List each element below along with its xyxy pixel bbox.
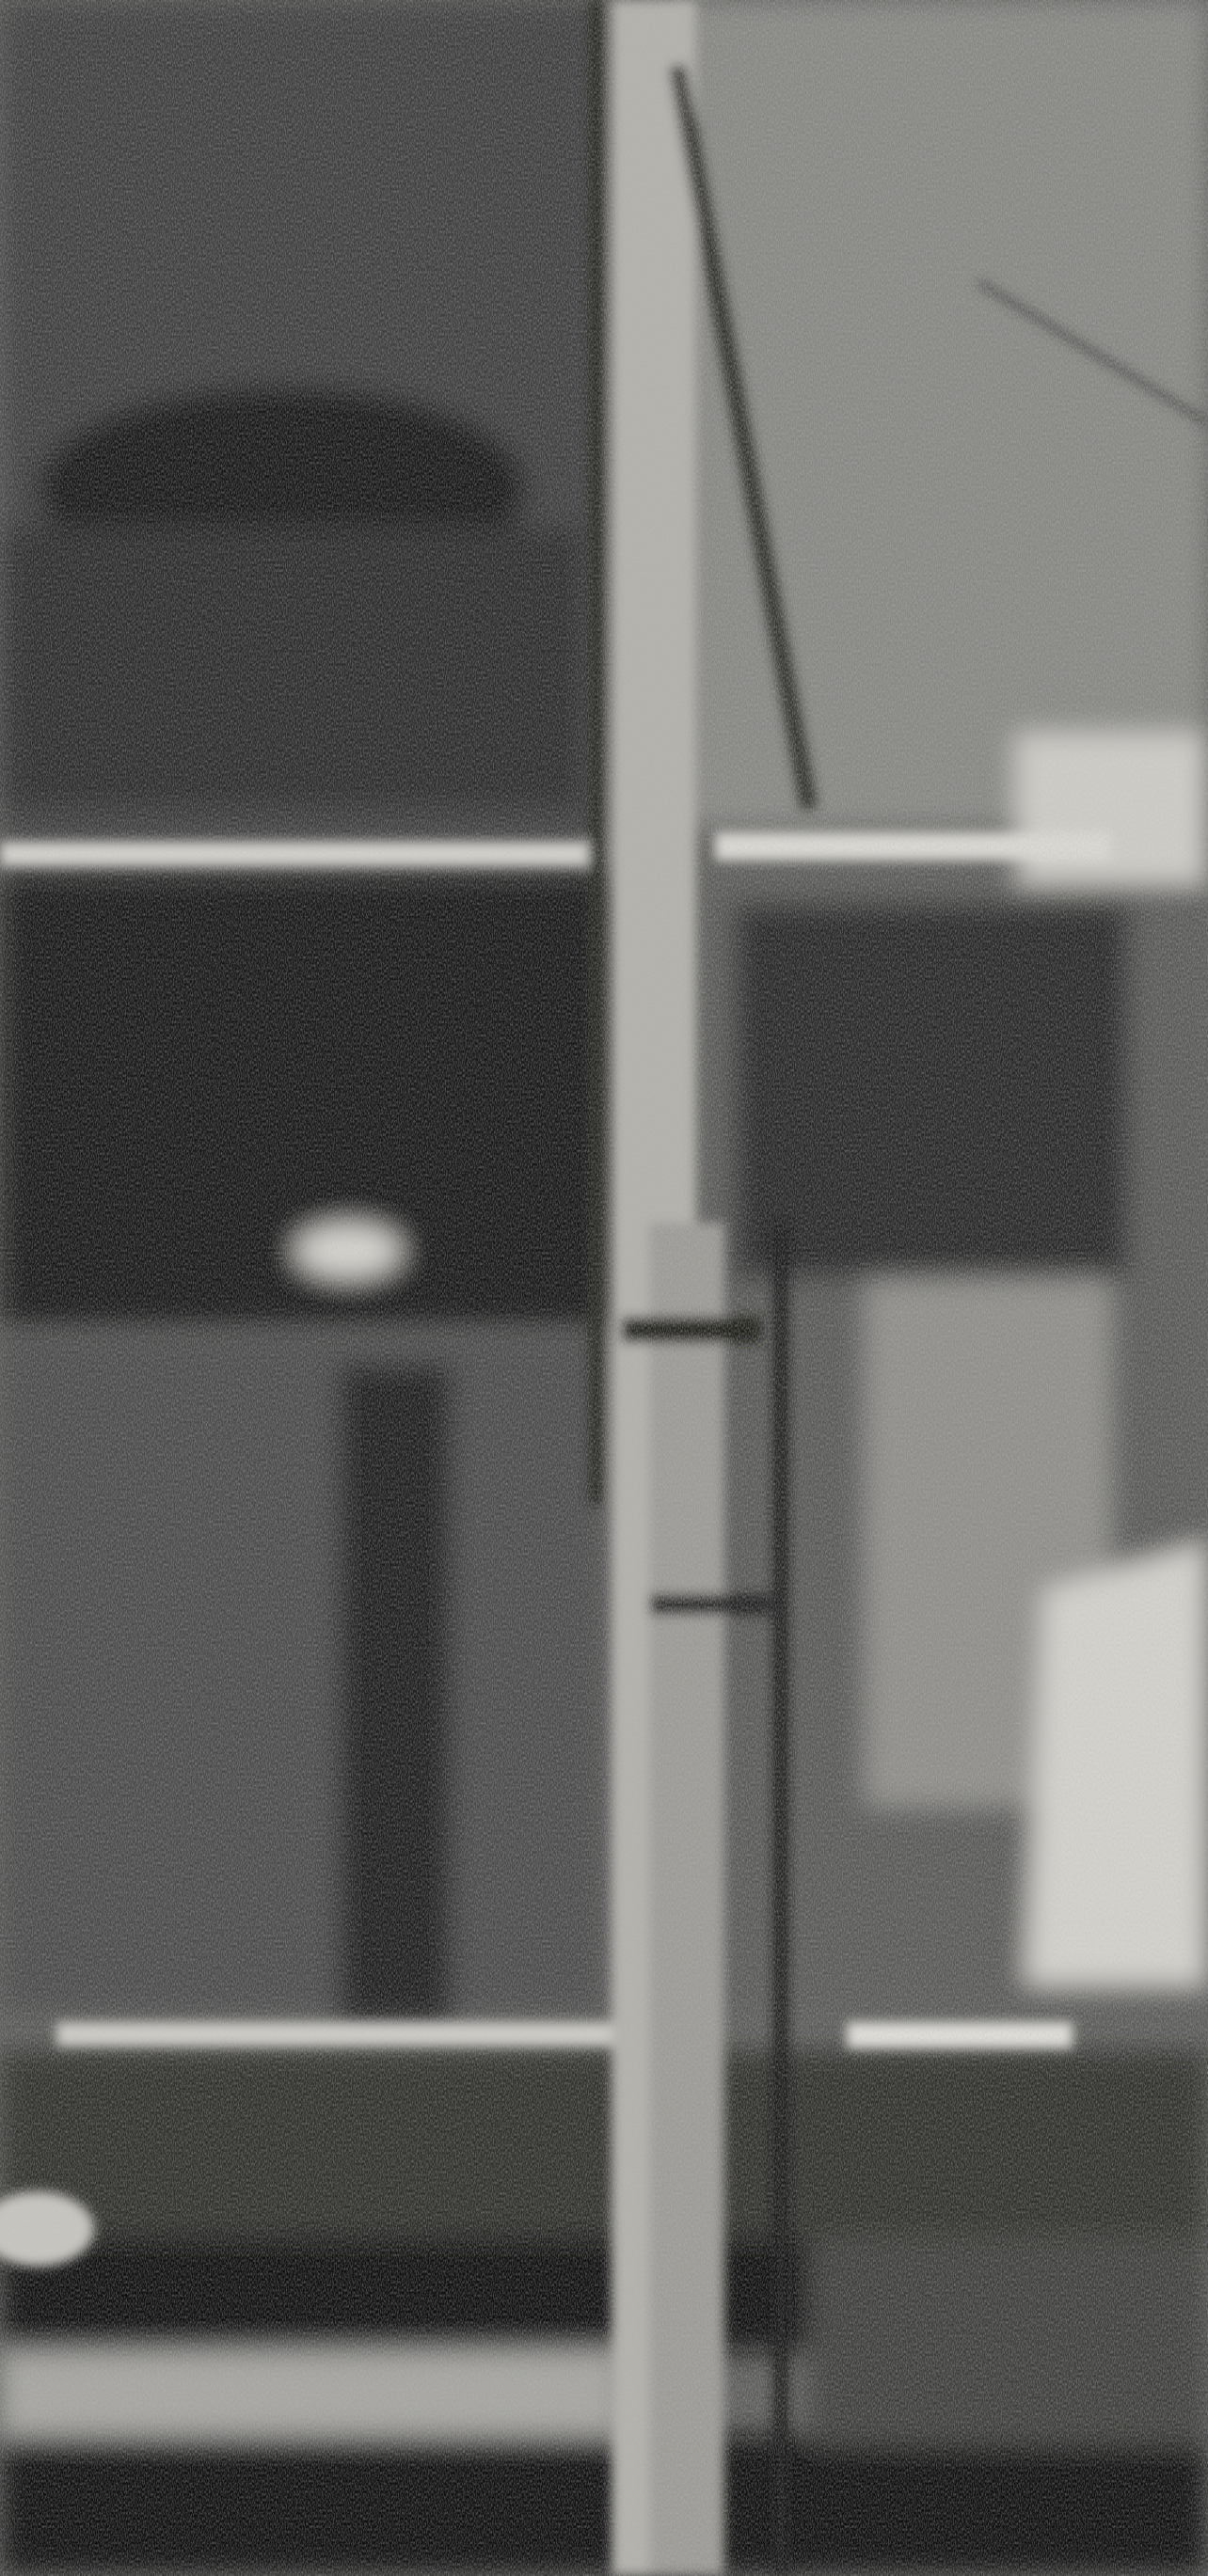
drawing-canvas xyxy=(0,0,1208,2576)
artwork: Monochrome charcoal / conté crayon drawi… xyxy=(0,0,1208,2576)
